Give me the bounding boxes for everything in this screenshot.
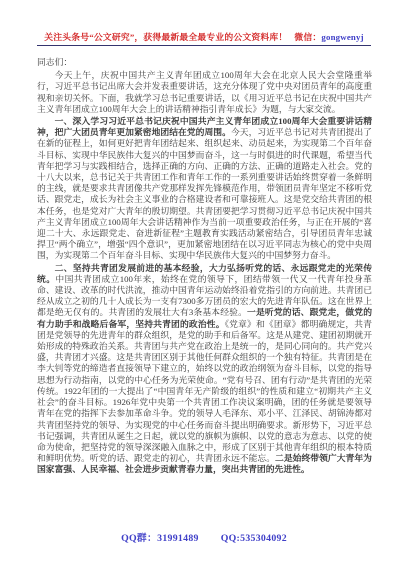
header-banner-text: 关注头条号“公文研究”，获得最新最全最专业的公文资料库！微信：gongwenyj [37,30,371,46]
wechat-label: 微信： [294,32,321,42]
qq-label: QQ: [221,533,240,544]
promo-text: 关注头条号“公文研究”，获得最新最全最专业的公文资料库！ [44,32,287,42]
qq-number: 535304092 [240,533,287,544]
salutation: 同志们： [37,57,372,68]
qq-contact: QQ:535304092 [221,533,287,544]
paragraphs-container: 今天上午，庆祝中国共产主义青年团成立100周年大会在北京人民大会堂隆重举行，习近… [37,70,372,475]
qq-group-label: QQ群： [121,533,157,544]
paragraph: 二、坚持共青团发展前进的基本经验，大力弘扬听党的话、永远跟党走的光荣传统。中国共… [37,263,372,476]
text-segment: 今天上午，庆祝中国共产主义青年团成立100周年大会在北京人民大会堂隆重举行，习近… [37,70,372,114]
document-body: 同志们： 今天上午，庆祝中国共产主义青年团成立100周年大会在北京人民大会堂隆重… [37,57,372,476]
paragraph: 一、深入学习习近平总书记庆祝中国共产主义青年团成立100周年大会重要讲话精神，把… [37,116,372,262]
text-segment: 《党章》和《团章》都明确规定，共青团是党领导的先进青年的群众组织，是党的助手和后… [37,319,372,463]
header-banner: 关注头条号“公文研究”，获得最新最全最专业的公文资料库！微信：gongwenyj [0,0,408,46]
paragraph: 今天上午，庆祝中国共产主义青年团成立100周年大会在北京人民大会堂隆重举行，习近… [37,70,372,115]
text-segment: 今天，习近平总书记对共青团提出了在新的征程上，如何更好把青年团结起来、组织起来、… [37,127,372,260]
footer-contact: QQ群：31991489QQ:535304092 [0,530,408,544]
qq-group-number: 31991489 [157,533,199,544]
wechat-id: gongwenyj [321,32,363,42]
qq-group-contact: QQ群：31991489 [121,533,199,544]
document-page: 关注头条号“公文研究”，获得最新最全最专业的公文资料库！微信：gongwenyj… [0,0,408,476]
